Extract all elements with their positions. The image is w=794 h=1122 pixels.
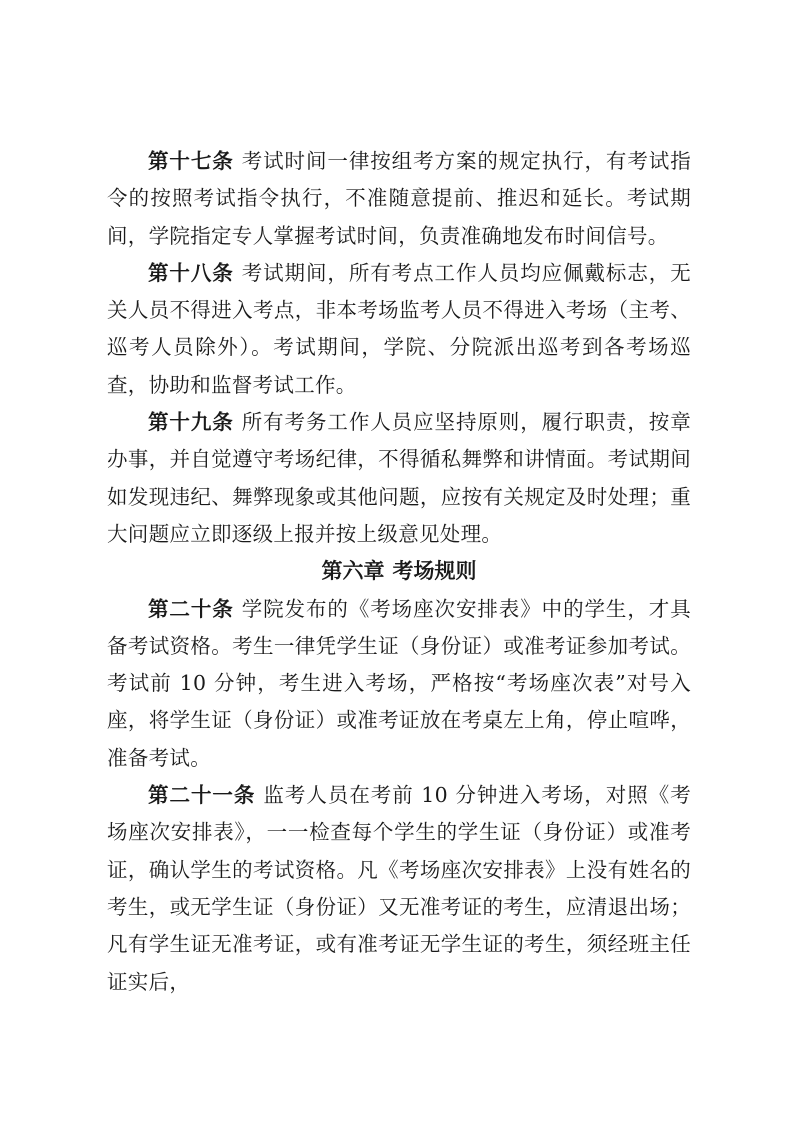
article-20: 第二十条学院发布的《考场座次安排表》中的学生，才具备考试资格。考生一律凭学生证（… [107,591,691,777]
article-text: 监考人员在考前 10 分钟进入考场，对照《考场座次安排表》，一一检查每个学生的学… [107,783,691,993]
chapter-title: 考场规则 [393,559,477,583]
article-label: 第十九条 [148,410,234,434]
article-18: 第十八条考试期间，所有考点工作人员均应佩戴标志，无关人员不得进入考点，非本考场监… [107,255,691,404]
article-label: 第十八条 [148,261,234,285]
article-label: 第二十一条 [148,783,255,807]
article-label: 第二十条 [148,597,234,621]
document-page: 第十七条考试时间一律按组考方案的规定执行，有考试指令的按照考试指令执行，不准随意… [107,143,691,1001]
chapter-number: 第六章 [322,559,385,583]
chapter-heading: 第六章考场规则 [107,553,691,590]
article-21: 第二十一条监考人员在考前 10 分钟进入考场，对照《考场座次安排表》，一一检查每… [107,777,691,1001]
article-19: 第十九条所有考务工作人员应坚持原则，履行职责，按章办事，并自觉遵守考场纪律，不得… [107,404,691,553]
article-text: 学院发布的《考场座次安排表》中的学生，才具备考试资格。考生一律凭学生证（身份证）… [107,597,691,770]
article-17: 第十七条考试时间一律按组考方案的规定执行，有考试指令的按照考试指令执行，不准随意… [107,143,691,255]
article-label: 第十七条 [148,149,234,173]
